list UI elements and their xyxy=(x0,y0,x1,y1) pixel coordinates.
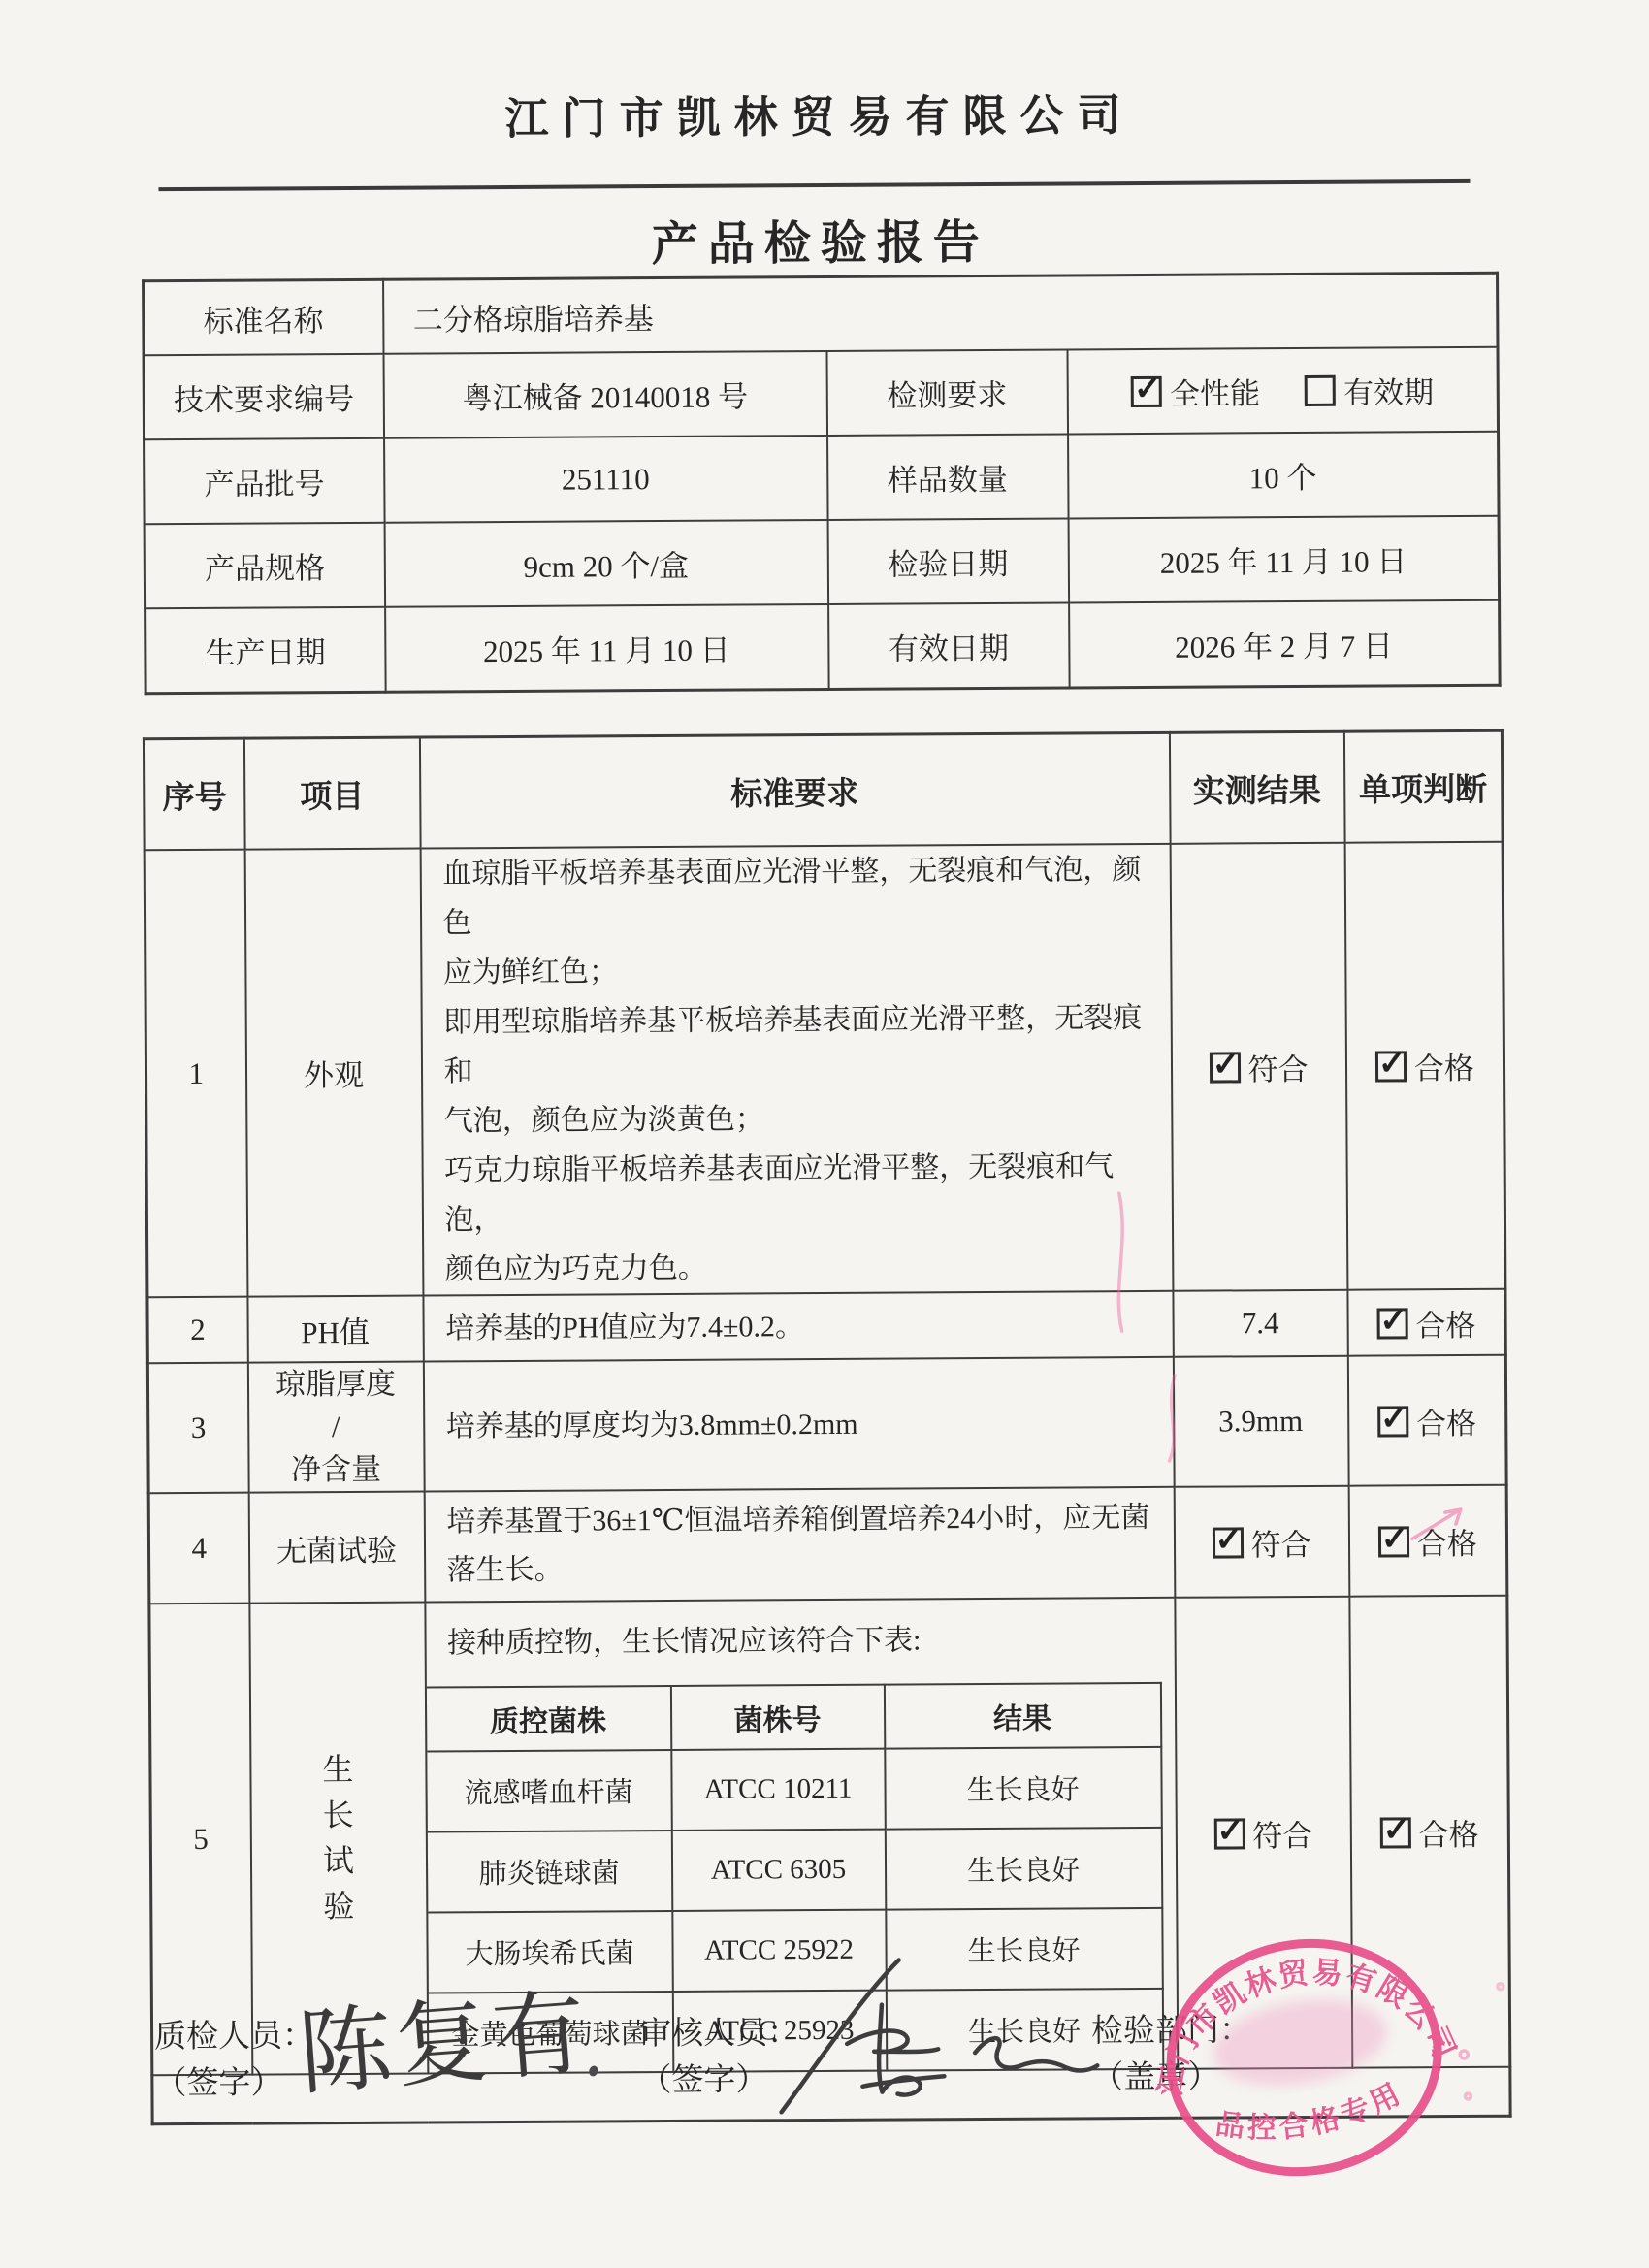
checked-checkbox-icon xyxy=(1379,1817,1410,1848)
company-name: 江门市凯林贸易有限公司 xyxy=(0,77,1644,149)
row-judgment: 合格 xyxy=(1347,1355,1506,1486)
row-result: 3.9mm xyxy=(1173,1356,1348,1487)
spec-value: 9cm 20 个/盒 xyxy=(384,520,828,607)
row-item: 琼脂厚度 / 净含量 xyxy=(247,1362,424,1493)
row-result: 符合 xyxy=(1170,843,1347,1291)
strain-no: ATCC 10211 xyxy=(671,1749,886,1831)
table-row: 产品规格 9cm 20 个/盒 检验日期 2025 年 11 月 10 日 xyxy=(145,516,1500,609)
tech-requirement-no-value: 粤江械备 20140018 号 xyxy=(383,351,827,438)
row-requirement: 培养基的PH值应为7.4±0.2。 xyxy=(423,1291,1173,1362)
inner-col-result: 结果 xyxy=(884,1683,1160,1749)
inner-row: 肺炎链球菌 ATCC 6305 生长良好 xyxy=(426,1828,1161,1913)
row-judgment: 合格 xyxy=(1344,842,1505,1290)
col-header-result: 实测结果 xyxy=(1169,731,1344,844)
table-row: 产品批号 251110 样品数量 10 个 xyxy=(145,432,1500,525)
row-requirement: 培养基置于36±1℃恒温培养箱倒置培养24小时，应无菌 落生长。 xyxy=(424,1487,1175,1603)
checked-checkbox-icon xyxy=(1213,1818,1245,1849)
col-header-no: 序号 xyxy=(144,738,244,850)
checked-checkbox-icon xyxy=(1376,1308,1407,1339)
judgment-label: 合格 xyxy=(1416,1406,1476,1440)
growth-intro: 接种质控物，生长情况应该符合下表: xyxy=(426,1599,1174,1662)
report-title: 产品检验报告 xyxy=(0,201,1645,277)
strain-name: 肺炎链球菌 xyxy=(426,1831,672,1913)
result-label: 符合 xyxy=(1247,1053,1308,1086)
inspector-signature: 陈复有 xyxy=(293,1959,594,2113)
table-row: 技术要求编号 粤江械备 20140018 号 检测要求 全性能有效期 xyxy=(144,347,1499,440)
judgment-label: 合格 xyxy=(1417,1526,1477,1560)
inspect-date-label: 检验日期 xyxy=(827,518,1069,604)
row-no: 4 xyxy=(148,1493,249,1604)
result-label: 符合 xyxy=(1250,1527,1310,1561)
standard-name-value: 二分格琼脂培养基 xyxy=(383,273,1498,354)
batch-no-label: 产品批号 xyxy=(145,438,385,525)
table-row: 生产日期 2025 年 11 月 10 日 有效日期 2026 年 2 月 7 … xyxy=(145,600,1501,694)
checked-checkbox-icon xyxy=(1209,1052,1240,1083)
table-row-ph: 2 PH值 培养基的PH值应为7.4±0.2。 7.4 合格 xyxy=(147,1289,1505,1364)
reviewer-label: 审核人员： （签字） xyxy=(639,2010,800,2104)
prod-date-label: 生产日期 xyxy=(145,607,386,694)
checked-option-label: 全性能 xyxy=(1170,376,1260,411)
strain-result: 生长良好 xyxy=(885,1828,1162,1910)
header-divider xyxy=(158,179,1470,191)
row-item: 无菌试验 xyxy=(248,1492,425,1604)
row-result: 符合 xyxy=(1175,1597,1352,2069)
unchecked-option-label: 有效期 xyxy=(1343,375,1434,410)
row-judgment: 合格 xyxy=(1348,1485,1507,1597)
row-no: 2 xyxy=(147,1297,247,1364)
inner-col-strain: 质控菌株 xyxy=(425,1686,670,1752)
checked-checkbox-icon xyxy=(1377,1406,1408,1437)
strain-result: 生长良好 xyxy=(886,1908,1163,1991)
inspect-date-value: 2025 年 11 月 10 日 xyxy=(1068,516,1500,603)
table-row-appearance: 1 外观 血琼脂平板培养基表面应光滑平整，无裂痕和气泡，颜色 应为鲜红色； 即用… xyxy=(145,842,1505,1298)
col-header-judgment: 单项判断 xyxy=(1343,730,1503,842)
row-judgment: 合格 xyxy=(1347,1289,1505,1356)
row-item: PH值 xyxy=(247,1296,423,1363)
row-requirement: 培养基的厚度均为3.8mm±0.2mm xyxy=(423,1357,1174,1492)
batch-no-value: 251110 xyxy=(384,436,828,523)
checked-checkbox-icon xyxy=(1378,1526,1409,1557)
judgment-label: 合格 xyxy=(1418,1817,1478,1851)
scanned-report-page: 江门市凯林贸易有限公司 产品检验报告 标准名称 二分格琼脂培养基 技术要求编号 … xyxy=(0,0,1649,2268)
result-label: 符合 xyxy=(1252,1818,1312,1852)
row-judgment: 合格 xyxy=(1349,1596,1510,2068)
col-header-item: 项目 xyxy=(243,737,420,850)
strain-no: ATCC 6305 xyxy=(671,1830,886,1911)
row-result: 7.4 xyxy=(1173,1290,1347,1357)
standard-name-label: 标准名称 xyxy=(144,279,383,355)
row-requirement: 血琼脂平板培养基表面应光滑平整，无裂痕和气泡，颜色 应为鲜红色； 即用型琼脂培养… xyxy=(420,844,1173,1296)
inner-col-strain-no: 菌株号 xyxy=(670,1685,884,1750)
sample-qty-value: 10 个 xyxy=(1068,432,1500,519)
row-result: 符合 xyxy=(1174,1486,1349,1598)
col-header-requirement: 标准要求 xyxy=(419,732,1170,848)
inner-header-row: 质控菌株 菌株号 结果 xyxy=(425,1683,1160,1752)
unchecked-checkbox-icon xyxy=(1305,375,1336,406)
prod-date-value: 2025 年 11 月 10 日 xyxy=(385,604,829,692)
inspection-result-table: 序号 项目 标准要求 实测结果 单项判断 1 外观 血琼脂平板培养基表面应光滑平… xyxy=(143,729,1512,2126)
inspector-label: 质检人员： （签字） xyxy=(154,2013,315,2107)
strain-name: 流感嗜血杆菌 xyxy=(426,1750,672,1832)
scan-tilt-wrapper: 江门市凯林贸易有限公司 产品检验报告 标准名称 二分格琼脂培养基 技术要求编号 … xyxy=(0,0,1649,2268)
strain-result: 生长良好 xyxy=(885,1747,1162,1830)
expiry-date-label: 有效日期 xyxy=(828,602,1070,689)
spec-label: 产品规格 xyxy=(145,523,385,609)
test-requirement-label: 检测要求 xyxy=(826,349,1068,436)
test-requirement-value: 全性能有效期 xyxy=(1067,347,1499,435)
row-no: 5 xyxy=(149,1604,252,2076)
sample-qty-label: 样品数量 xyxy=(827,434,1069,520)
checked-checkbox-icon xyxy=(1375,1051,1406,1082)
row-item: 外观 xyxy=(244,849,423,1297)
table-row-thickness: 3 琼脂厚度 / 净含量 培养基的厚度均为3.8mm±0.2mm 3.9mm 合… xyxy=(147,1355,1506,1494)
inner-row: 流感嗜血杆菌 ATCC 10211 生长良好 xyxy=(426,1747,1161,1832)
department-label: 检验部门： （盖章） xyxy=(1091,2007,1252,2101)
expiry-date-value: 2026 年 2 月 7 日 xyxy=(1069,600,1501,688)
table-header-row: 序号 项目 标准要求 实测结果 单项判断 xyxy=(144,730,1503,850)
row-no: 3 xyxy=(147,1363,248,1494)
product-info-table: 标准名称 二分格琼脂培养基 技术要求编号 粤江械备 20140018 号 检测要… xyxy=(142,272,1502,696)
table-row-sterility: 4 无菌试验 培养基置于36±1℃恒温培养箱倒置培养24小时，应无菌 落生长。 … xyxy=(148,1485,1507,1604)
table-row: 标准名称 二分格琼脂培养基 xyxy=(144,273,1498,355)
checked-checkbox-icon xyxy=(1212,1527,1243,1558)
strain-no: ATCC 25922 xyxy=(672,1910,887,1992)
row-no: 1 xyxy=(145,850,247,1298)
judgment-label: 合格 xyxy=(1414,1052,1474,1085)
judgment-label: 合格 xyxy=(1415,1308,1475,1342)
checked-checkbox-icon xyxy=(1131,376,1162,407)
tech-requirement-no-label: 技术要求编号 xyxy=(144,354,384,440)
